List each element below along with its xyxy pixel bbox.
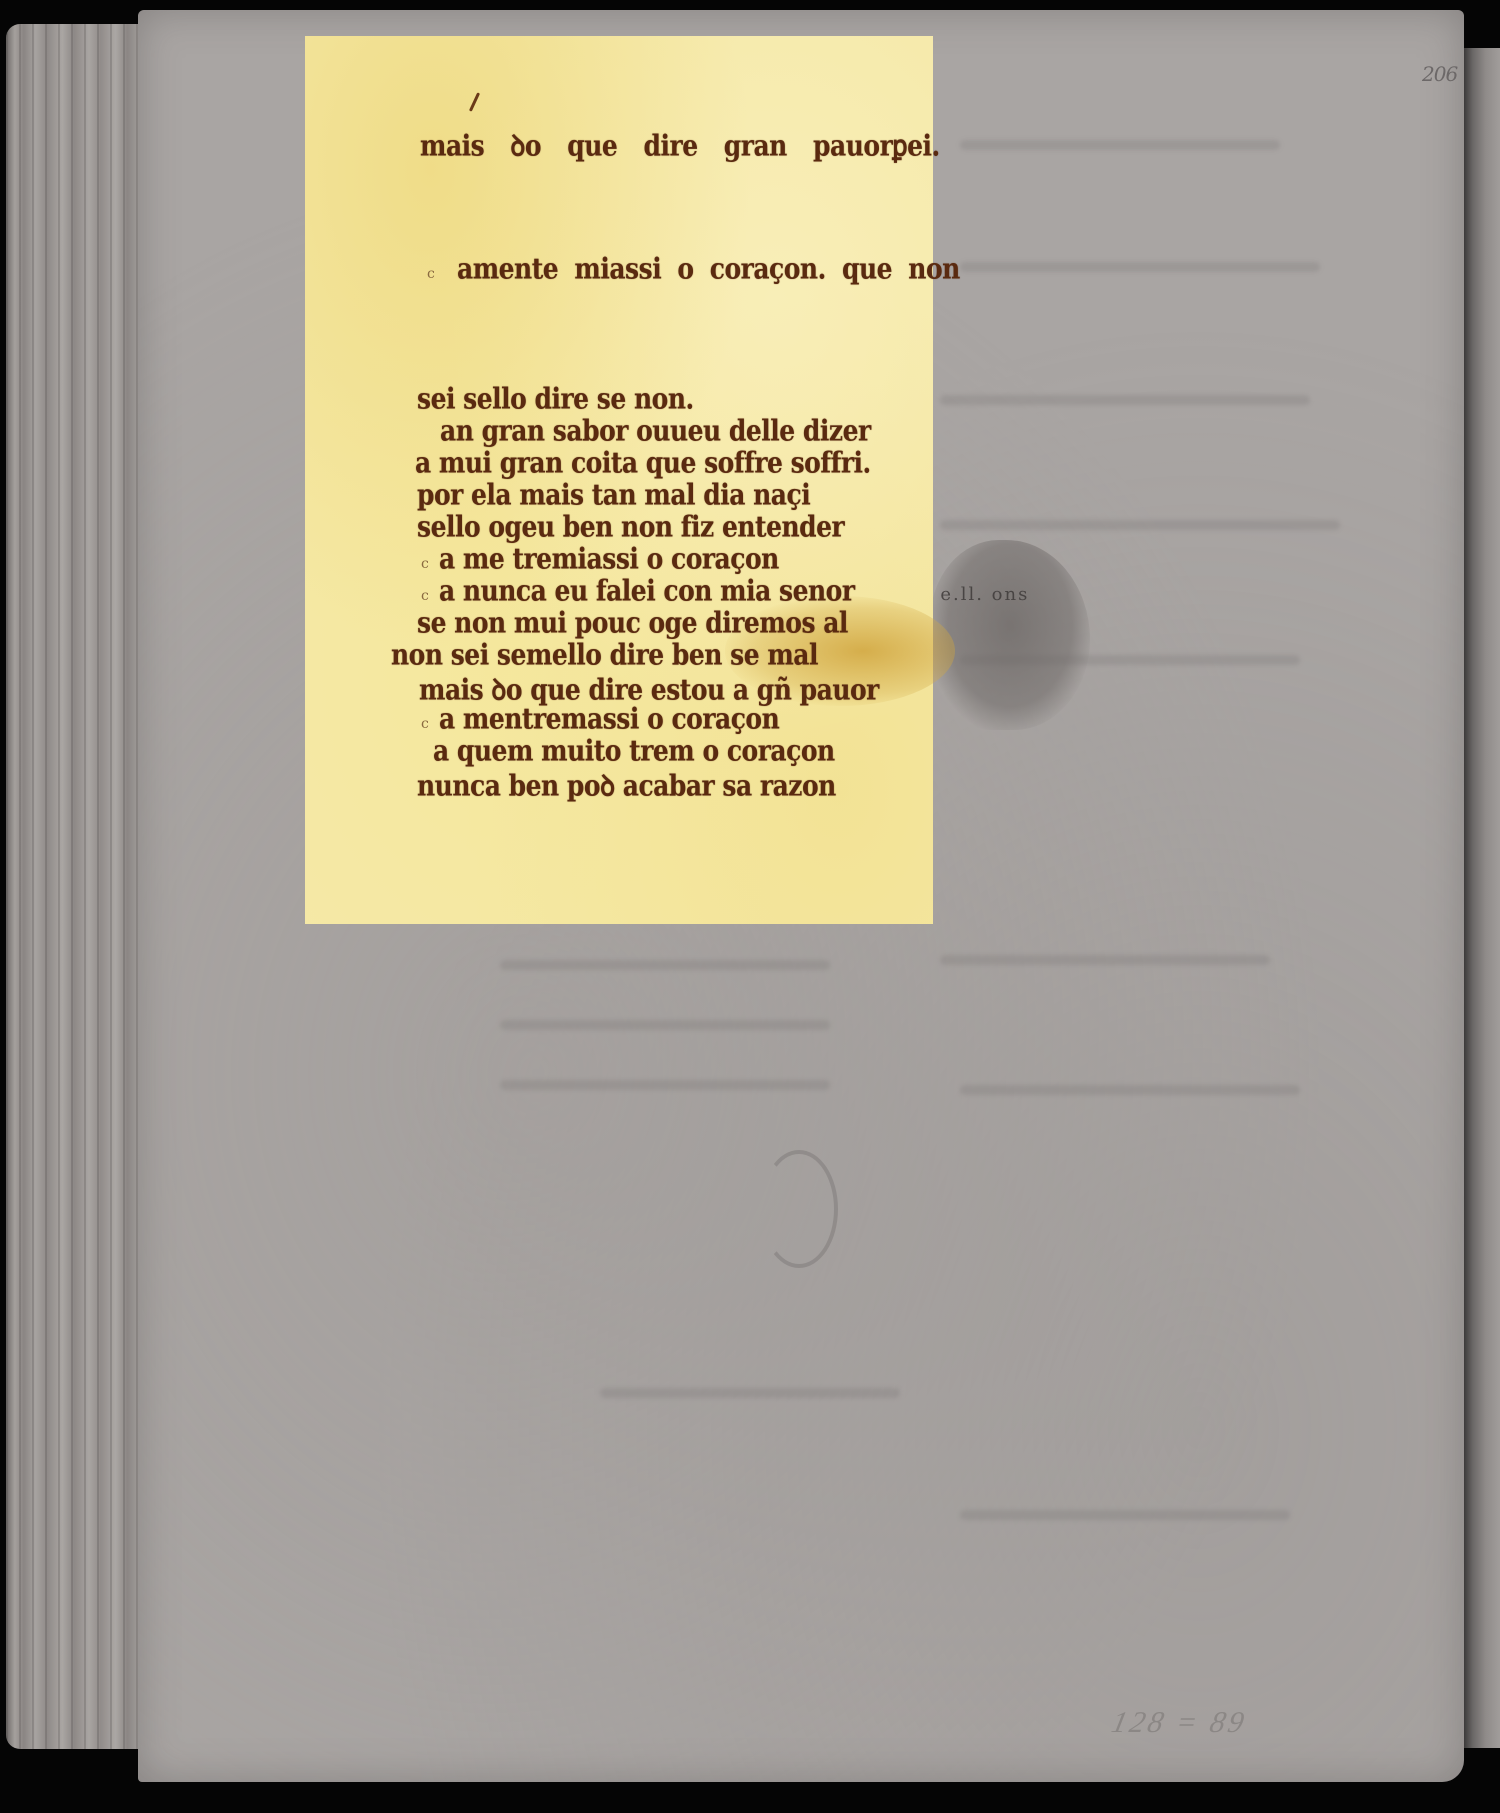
manuscript-line: a quem muito trem o coraçon bbox=[433, 734, 835, 767]
initial-guide-letter: c bbox=[421, 588, 429, 604]
show-through-line bbox=[960, 1085, 1300, 1095]
manuscript-line: an gran sabor ouueu delle dizer bbox=[440, 414, 871, 447]
folio-number: 206 bbox=[1422, 62, 1457, 86]
manuscript-line: non sei semello dire ben se mal bbox=[391, 638, 818, 671]
manuscript-line: a me tremiassi o coraçon bbox=[439, 542, 779, 575]
manuscript-line: sei sello dire se non. bbox=[417, 382, 694, 415]
show-through-line bbox=[940, 395, 1310, 405]
show-through-line bbox=[960, 262, 1320, 272]
manuscript-line: a mentremassi o coraçon bbox=[439, 702, 779, 735]
manuscript-line: mais ꝺo que dire gran pauorꝑei. bbox=[420, 125, 940, 164]
show-through-line bbox=[600, 1388, 900, 1398]
ink-tick-mark bbox=[469, 92, 480, 111]
page-stack-edges bbox=[6, 24, 154, 1749]
initial-guide-letter: c bbox=[427, 266, 435, 282]
manuscript-line: nunca ben poꝺ acabar sa razon bbox=[417, 765, 836, 804]
initial-guide-letter: c bbox=[421, 556, 429, 572]
manuscript-book: 206 lo e.ll. ons 128 = 89 mais ꝺo que di… bbox=[0, 0, 1500, 1813]
manuscript-line: se non mui pouc oge diremos al bbox=[417, 606, 848, 639]
initial-guide-letter: c bbox=[421, 716, 429, 732]
parchment-overlay: mais ꝺo que dire gran pauorꝑei. c amente… bbox=[305, 36, 933, 924]
show-through-line bbox=[940, 520, 1340, 530]
show-through-line bbox=[960, 1510, 1290, 1520]
manuscript-line: sello ogeu ben non fiz entender bbox=[417, 510, 844, 543]
show-through-line bbox=[500, 1020, 830, 1030]
show-through-line bbox=[500, 1080, 830, 1090]
show-through-line bbox=[940, 955, 1270, 965]
show-through-initial-glyph bbox=[760, 1150, 838, 1268]
manuscript-line: a mui gran coita que soffre soffri. bbox=[415, 446, 871, 479]
manuscript-line: a nunca eu falei con mia senor bbox=[439, 574, 855, 607]
right-page-edge bbox=[1464, 48, 1500, 1748]
manuscript-line: por ela mais tan mal dia naçi bbox=[417, 478, 810, 511]
show-through-line bbox=[960, 140, 1280, 150]
manuscript-line: amente miassi o coraçon. que non bbox=[457, 252, 960, 285]
show-through-line bbox=[500, 960, 830, 970]
shelfmark-annotation: 128 = 89 bbox=[1108, 1706, 1249, 1740]
